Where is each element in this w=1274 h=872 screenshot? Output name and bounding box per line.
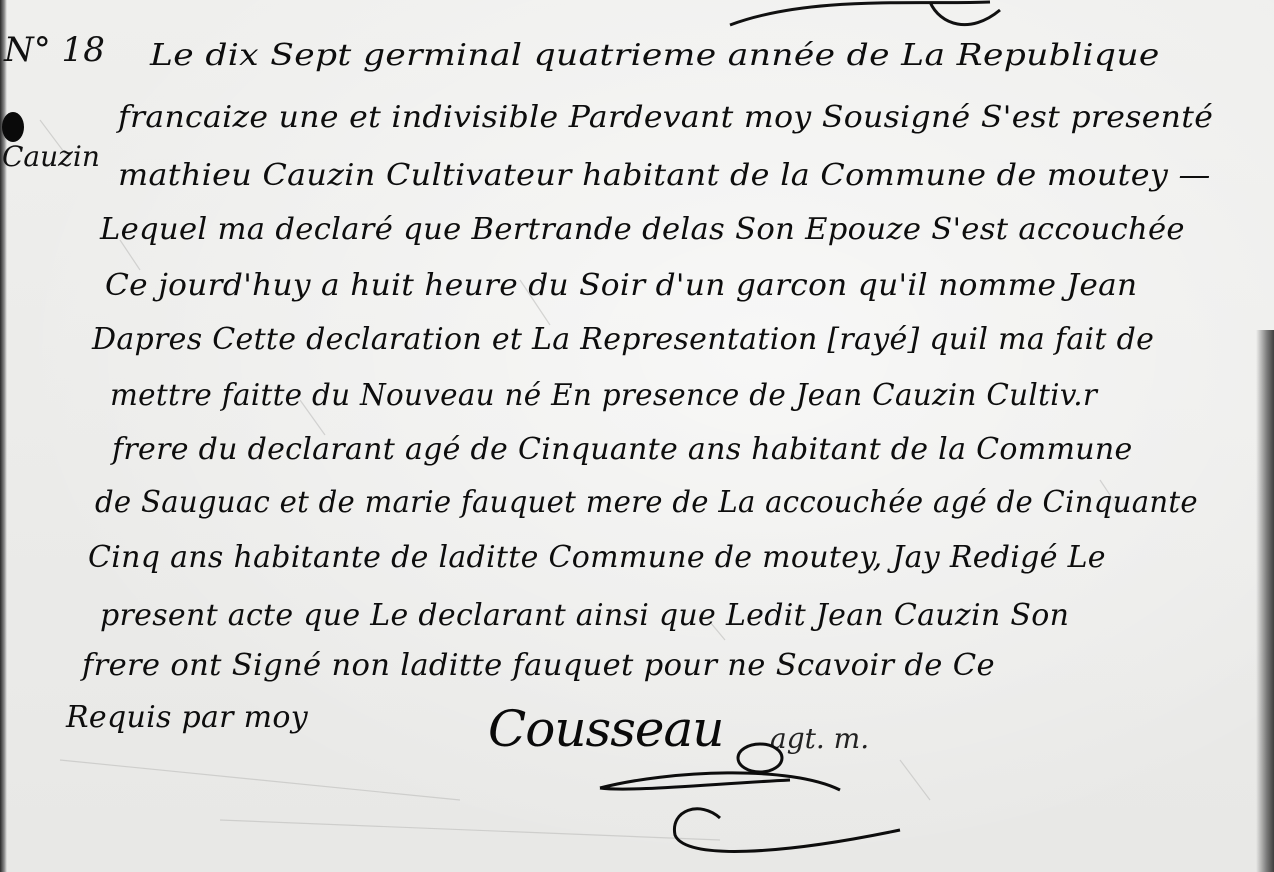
record-line-9: de Sauguac et de marie fauquet mere de L… — [95, 485, 1198, 520]
record-line-6: Dapres Cette declaration et La Represent… — [92, 322, 1154, 357]
signature-paraph — [590, 740, 870, 800]
record-line-8: frere du declarant agé de Cinquante ans … — [112, 432, 1133, 467]
record-line-7: mettre faitte du Nouveau né En presence … — [110, 378, 1097, 413]
record-line-10: Cinq ans habitante de laditte Commune de… — [88, 540, 1106, 575]
record-line-13: Requis par moy — [66, 700, 308, 735]
record-line-5: Ce jourd'huy a huit heure du Soir d'un g… — [105, 268, 1137, 303]
record-line-1: Le dix Sept germinal quatrieme année de … — [150, 38, 1160, 73]
record-line-2: francaize une et indivisible Pardevant m… — [118, 100, 1213, 135]
signature-flourish-bottom — [660, 800, 920, 870]
document-page: N° 18 Cauzin Le dix Sept germinal quatri… — [0, 0, 1274, 872]
record-line-12: frere ont Signé non laditte fauquet pour… — [82, 648, 995, 683]
record-line-11: present acte que Le declarant ainsi que … — [100, 598, 1069, 633]
record-line-4: Lequel ma declaré que Bertrande delas So… — [100, 212, 1185, 247]
record-line-3: mathieu Cauzin Cultivateur habitant de l… — [118, 158, 1211, 193]
